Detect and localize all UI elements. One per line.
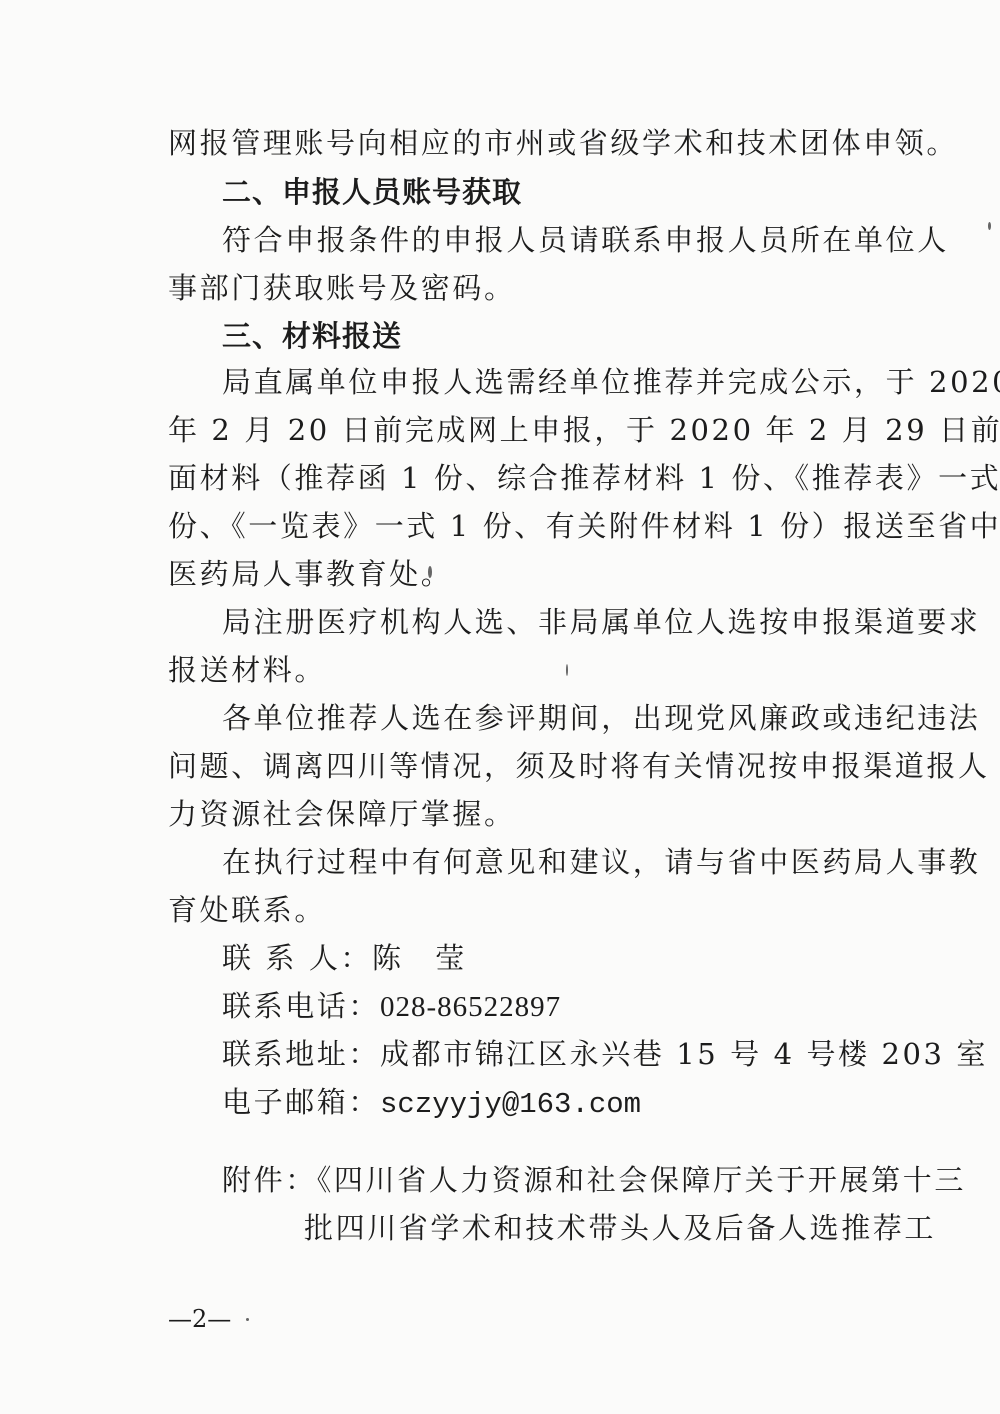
contact-person: 联 系 人：陈 莹 <box>222 938 467 978</box>
section-heading: 三、材料报送 <box>222 316 402 356</box>
contact-phone-label: 联系电话： <box>222 989 380 1023</box>
contact-email: 电子邮箱：sczyyjy@163.com <box>222 1082 641 1125</box>
scan-speck <box>566 664 568 676</box>
paragraph-line: 各单位推荐人选在参评期间，出现党风廉政或违纪违法 <box>222 698 980 738</box>
attachment-line-1: 附件：《四川省人力资源和社会保障厅关于开展第十三 <box>222 1160 966 1200</box>
document-page: 网报管理账号向相应的市州或省级学术和技术团体申领。二、申报人员账号获取符合申报条… <box>0 0 1000 1414</box>
contact-person-value: 陈 莹 <box>372 941 467 975</box>
paragraph-line: 力资源社会保障厅掌握。 <box>168 794 516 834</box>
contact-address-label: 联系地址： <box>222 1037 380 1071</box>
paragraph-line: 份、《一览表》一式 1 份、有关附件材料 1 份）报送至省中 <box>168 506 1000 546</box>
paragraph-line: 医药局人事教育处。 <box>168 554 452 594</box>
paragraph-line: 网报管理账号向相应的市州或省级学术和技术团体申领。 <box>168 123 958 163</box>
paragraph-line: 局注册医疗机构人选、非局属单位人选按申报渠道要求 <box>222 602 980 642</box>
paragraph-line: 事部门获取账号及密码。 <box>168 268 516 308</box>
attachment-line-2: 批四川省学术和技术带头人及后备人选推荐工 <box>304 1208 936 1248</box>
paragraph-line: 在执行过程中有何意见和建议，请与省中医药局人事教 <box>222 842 980 882</box>
contact-phone: 联系电话：028-86522897 <box>222 986 561 1027</box>
scan-speck <box>988 222 991 230</box>
page-number: —2— <box>168 1304 231 1334</box>
paragraph-line: 面材料（推荐函 1 份、综合推荐材料 1 份、《推荐表》一式 2 <box>168 458 1000 498</box>
paragraph-line: 问题、调离四川等情况，须及时将有关情况按申报渠道报人 <box>168 746 990 786</box>
attachment-label: 附件： <box>222 1163 317 1197</box>
paragraph-line: 局直属单位申报人选需经单位推荐并完成公示，于 2020 <box>222 362 1000 402</box>
contact-address-value: 成都市锦江区永兴巷 15 号 4 号楼 203 室 <box>380 1037 988 1071</box>
contact-person-label: 联 系 人： <box>222 941 372 975</box>
paragraph-line: 报送材料。 <box>168 650 326 690</box>
contact-email-value: sczyyjy@163.com <box>380 1088 641 1121</box>
contact-phone-value: 028-86522897 <box>380 991 561 1023</box>
paragraph-line: 年 2 月 20 日前完成网上申报，于 2020 年 2 月 29 日前将书 <box>168 410 1000 450</box>
scan-speck <box>428 566 432 578</box>
attachment-title-2: 批四川省学术和技术带头人及后备人选推荐工 <box>304 1211 936 1245</box>
paragraph-line: 育处联系。 <box>168 890 326 930</box>
section-heading: 二、申报人员账号获取 <box>222 172 522 212</box>
contact-email-label: 电子邮箱： <box>222 1085 380 1119</box>
attachment-title-1: 《四川省人力资源和社会保障厅关于开展第十三 <box>317 1163 966 1197</box>
scan-speck <box>246 1318 249 1321</box>
contact-address: 联系地址：成都市锦江区永兴巷 15 号 4 号楼 203 室 <box>222 1034 988 1074</box>
paragraph-line: 符合申报条件的申报人员请联系申报人员所在单位人 <box>222 220 949 260</box>
